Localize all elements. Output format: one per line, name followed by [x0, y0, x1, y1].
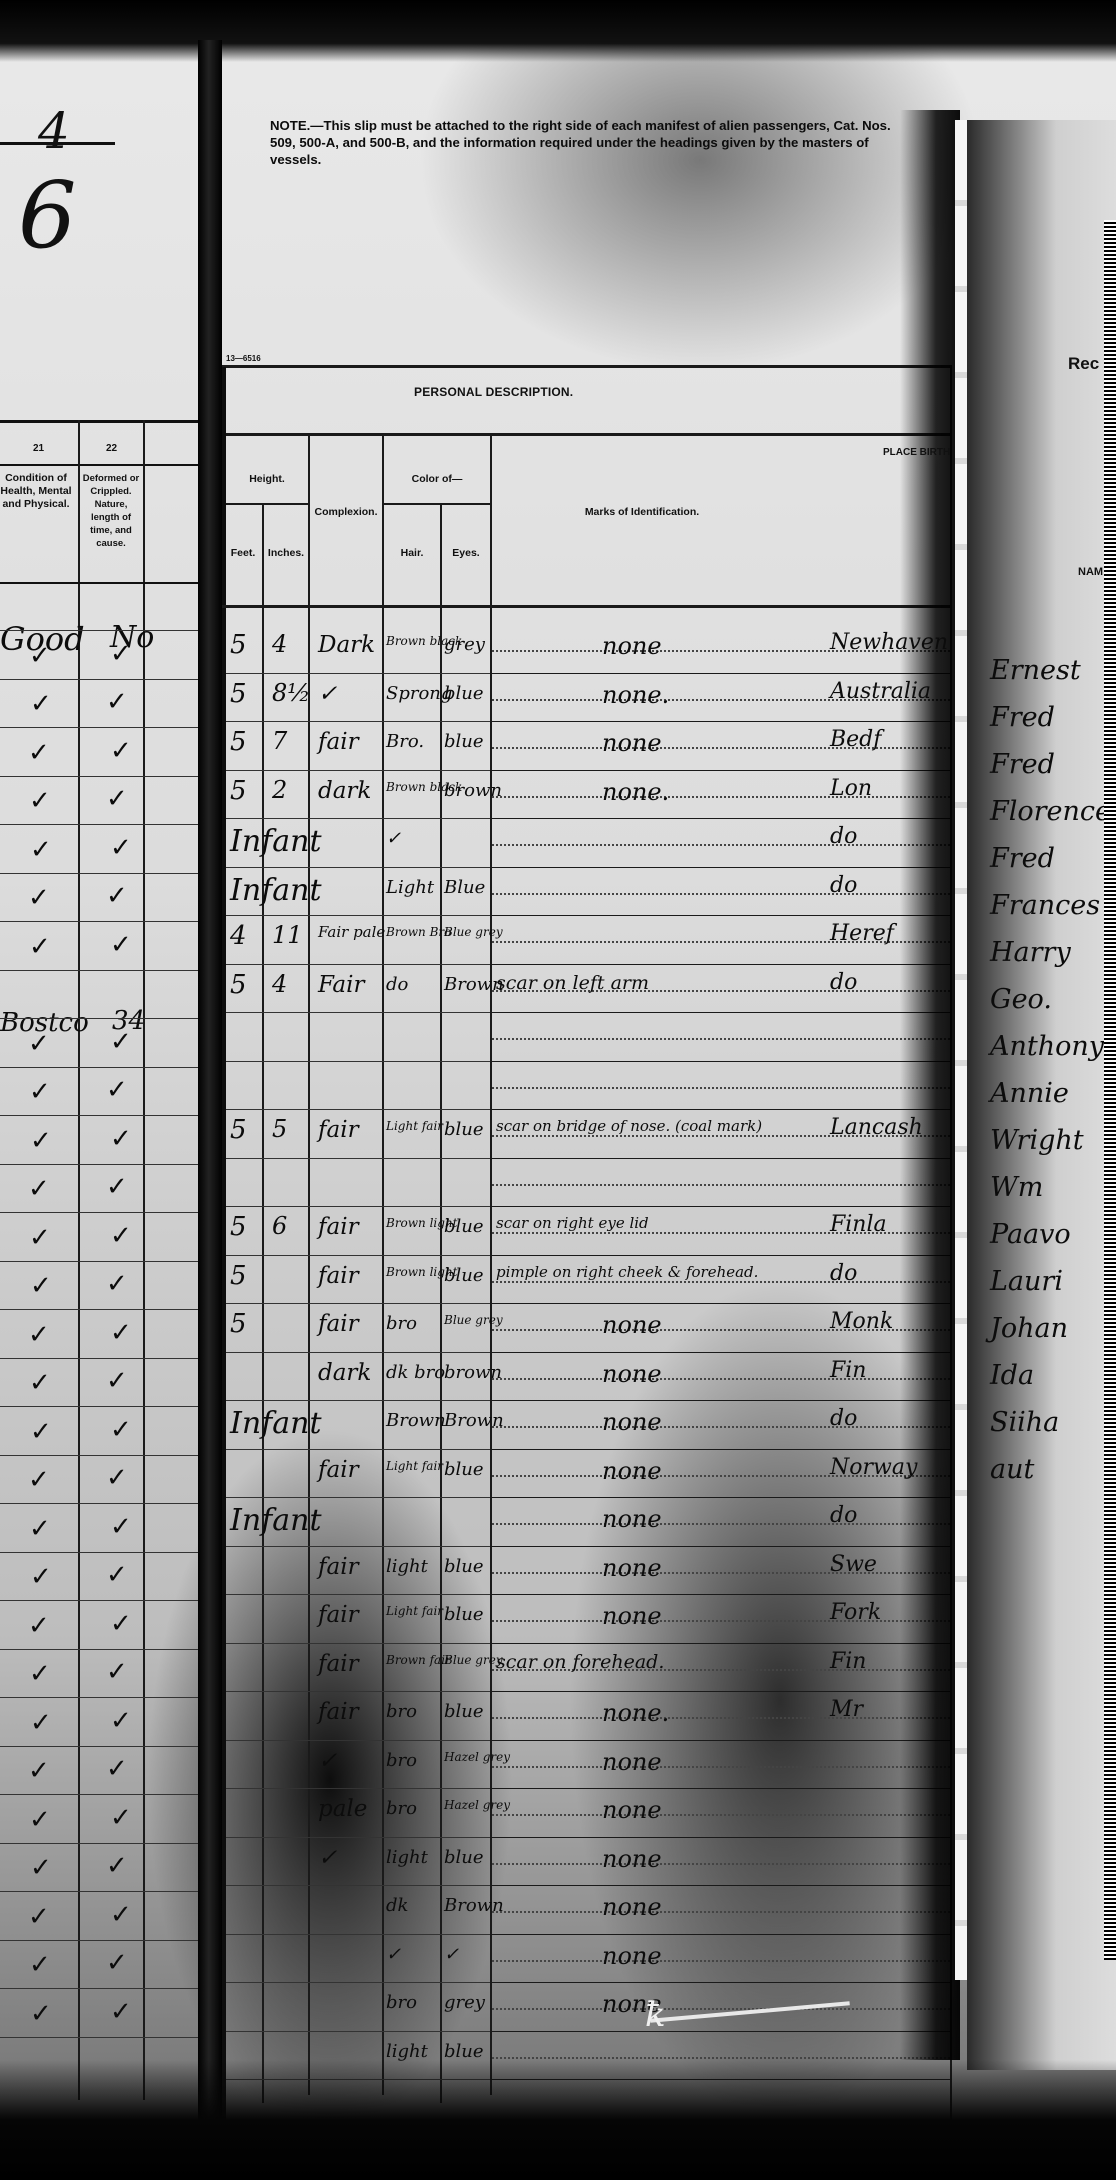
cell-given-name: Wright — [990, 1125, 1084, 1156]
cell-feet: 5 — [230, 727, 247, 757]
height-subheader-rule — [226, 503, 308, 505]
cell-eyes: Blue grey — [444, 1653, 503, 1667]
cell-marks: none. — [602, 681, 669, 709]
check-mark-icon: ✓ — [29, 1950, 51, 1980]
cell-given-name: aut — [990, 1454, 1034, 1485]
row-rule — [226, 915, 490, 916]
cell-eyes: Hazel grey — [444, 1750, 510, 1764]
check-mark-icon: ✓ — [30, 835, 52, 865]
cell-place-of-birth: Finla — [830, 1212, 887, 1237]
cell-complexion: dark — [318, 1360, 371, 1386]
row-rule — [226, 1352, 490, 1353]
row-rule — [226, 1643, 490, 1644]
cell-complexion: fair — [318, 1117, 359, 1143]
row-rule — [0, 679, 200, 680]
cell-complexion: fair — [318, 1457, 359, 1483]
cell-marks: none. — [602, 1699, 669, 1727]
cell-complexion: fair — [318, 1311, 359, 1337]
row-rule — [226, 673, 490, 674]
row-rule — [226, 1206, 490, 1207]
row-rule — [0, 1988, 200, 1989]
row-rule — [492, 1352, 950, 1353]
check-mark-icon: ✓ — [106, 1948, 128, 1978]
check-mark-icon: ✓ — [110, 1318, 132, 1348]
row-rule — [226, 721, 490, 722]
cell-hair: Light fair — [386, 1604, 443, 1618]
cell-hair: bro — [386, 1992, 417, 2013]
cell-hair: Light fair — [386, 1119, 443, 1133]
row-dotted-rule — [492, 1087, 950, 1089]
slip-note: NOTE.—This slip must be attached to the … — [270, 117, 910, 168]
row-rule — [492, 867, 950, 868]
check-mark-icon: ✓ — [28, 1465, 50, 1495]
cell-marks: none — [602, 1845, 662, 1873]
cell-eyes: blue — [444, 683, 484, 704]
row-rule — [492, 1449, 950, 1450]
check-mark-icon: ✓ — [110, 1706, 132, 1736]
cell-marks: none — [602, 632, 662, 660]
folio-fraction-line — [0, 142, 115, 145]
row-dotted-rule — [492, 1523, 950, 1525]
cell-place-of-birth: Monk — [830, 1309, 893, 1334]
row-rule — [492, 915, 950, 916]
cell-feet: 5 — [230, 1261, 247, 1291]
place-column-shadow — [900, 110, 960, 2060]
row-rule — [226, 1594, 490, 1595]
check-mark-icon: ✓ — [110, 1221, 132, 1251]
row-dotted-rule — [492, 1378, 950, 1380]
cell-given-name: Johan — [990, 1313, 1068, 1344]
cell-place-of-birth: do — [830, 1406, 857, 1431]
cell-complexion: fair — [318, 1263, 359, 1289]
row-dotted-rule — [492, 1814, 950, 1816]
row-dotted-rule — [492, 1717, 950, 1719]
check-mark-icon: ✓ — [30, 689, 52, 719]
cell-hair: ✓ — [386, 1944, 401, 1965]
cell-given-name: Paavo — [990, 1219, 1071, 1250]
cell-marks: none. — [602, 778, 669, 806]
header-rule — [0, 464, 200, 466]
cell-given-name: Fred — [990, 749, 1055, 780]
cell-marks: none — [602, 1796, 662, 1824]
check-mark-icon: ✓ — [30, 1126, 52, 1156]
cell-feet: Infant — [230, 873, 322, 908]
check-mark-icon: ✓ — [28, 738, 50, 768]
row-rule — [0, 1843, 200, 1844]
row-rule — [492, 1497, 950, 1498]
row-rule — [0, 1697, 200, 1698]
check-mark-icon: ✓ — [30, 1708, 52, 1738]
row-rule — [0, 824, 200, 825]
cell-hair: bro — [386, 1313, 417, 1334]
check-mark-icon: ✓ — [110, 930, 132, 960]
row-rule — [492, 1594, 950, 1595]
cell-feet: 5 — [230, 970, 247, 1000]
header-feet: Feet. — [224, 547, 262, 559]
row-rule — [0, 1164, 200, 1165]
check-mark-icon: ✓ — [30, 1417, 52, 1447]
row-dotted-rule — [492, 1281, 950, 1283]
check-mark-icon: ✓ — [106, 1560, 128, 1590]
row-rule — [492, 1303, 950, 1304]
row-rule — [0, 727, 200, 728]
cell-eyes: blue — [444, 1459, 484, 1480]
row-rule — [0, 1503, 200, 1504]
cell-eyes: Blue grey — [444, 1313, 503, 1327]
row-rule — [226, 1012, 490, 1013]
cell-hair: light — [386, 1847, 428, 1868]
row-rule — [0, 1406, 200, 1407]
cell-given-name: Lauri — [990, 1266, 1063, 1297]
slip-left-edge — [222, 367, 226, 2127]
row-dotted-rule — [492, 1863, 950, 1865]
cell-marks: scar on left arm — [496, 972, 649, 994]
cell-inches: 2 — [272, 776, 287, 804]
check-mark-icon: ✓ — [28, 1902, 50, 1932]
cell-hair: bro — [386, 1798, 417, 1819]
check-mark-icon: ✓ — [106, 784, 128, 814]
row-rule — [492, 1740, 950, 1741]
binding-gutter — [198, 40, 222, 2140]
check-mark-icon: ✓ — [106, 1754, 128, 1784]
check-mark-icon: ✓ — [106, 1657, 128, 1687]
cell-marks: none — [602, 1748, 662, 1776]
cell-feet: 5 — [230, 776, 247, 806]
cell-hair: light — [386, 1556, 428, 1577]
row-rule — [226, 818, 490, 819]
check-mark-icon: ✓ — [29, 1805, 51, 1835]
cell-eyes: blue — [444, 1216, 484, 1237]
cell-marks: none — [602, 1602, 662, 1630]
check-mark-icon: ✓ — [29, 1077, 51, 1107]
scan-bottom-shadow — [0, 2060, 1116, 2180]
row-rule — [492, 1012, 950, 1013]
cell-given-name: Annie — [990, 1078, 1069, 1109]
cell-place-of-birth: Newhaven — [830, 630, 948, 655]
cell-inches: 11 — [272, 921, 303, 949]
row-dotted-rule — [492, 1572, 950, 1574]
cell-eyes: grey — [444, 1992, 485, 2013]
cell-inches: 6 — [272, 1212, 287, 1240]
check-mark-icon: ✓ — [110, 1900, 132, 1930]
cell-marks: scar on bridge of nose. (coal mark) — [496, 1117, 762, 1135]
header-inches: Inches. — [264, 547, 308, 559]
column-number-22: 22 — [106, 443, 117, 454]
row-rule — [492, 1255, 950, 1256]
cell-inches: 7 — [272, 727, 287, 755]
row-dotted-rule — [492, 844, 950, 846]
row-rule — [0, 1600, 200, 1601]
row-rule — [0, 2037, 200, 2038]
cell-eyes: brown — [444, 1362, 502, 1383]
form-code: 13—6516 — [226, 354, 261, 363]
check-mark-icon: ✓ — [106, 1851, 128, 1881]
section-title-rule — [222, 433, 952, 436]
check-mark-icon: ✓ — [28, 1320, 50, 1350]
row-rule — [0, 1940, 200, 1941]
row-dotted-rule — [492, 2057, 950, 2059]
cell-place-of-birth: do — [830, 1261, 857, 1286]
row-rule — [226, 867, 490, 868]
cell-hair: Brown — [386, 1410, 446, 1431]
cell-complexion: ✓ — [318, 1845, 337, 1871]
cell-marks: pimple on right cheek & forehead. — [496, 1263, 758, 1281]
row-dotted-rule — [492, 1911, 950, 1913]
check-mark-icon: ✓ — [29, 786, 51, 816]
header-height: Height. — [232, 473, 302, 485]
cell-marks: none — [602, 1554, 662, 1582]
cell-eyes: blue — [444, 1265, 484, 1286]
row-rule — [0, 630, 200, 631]
row-rule — [0, 1018, 200, 1019]
cell-given-name: Ernest — [990, 655, 1081, 686]
row-rule — [226, 2031, 490, 2032]
check-mark-icon: ✓ — [110, 1803, 132, 1833]
check-mark-icon: ✓ — [30, 1271, 52, 1301]
check-mark-icon: ✓ — [106, 1172, 128, 1202]
cell-marks: none — [602, 1893, 662, 1921]
cell-eyes: blue — [444, 2041, 484, 2062]
row-rule — [0, 776, 200, 777]
cell-hair: do — [386, 974, 408, 995]
row-rule — [226, 1449, 490, 1450]
header-rule — [0, 420, 200, 423]
row-rule — [0, 1746, 200, 1747]
cell-inches: 4 — [272, 970, 287, 998]
cell-place-of-birth: do — [830, 970, 857, 995]
check-mark-icon: ✓ — [28, 1029, 50, 1059]
check-mark-icon: ✓ — [30, 1853, 52, 1883]
cell-place-of-birth: Lancash — [830, 1115, 923, 1140]
check-mark-icon: ✓ — [110, 639, 132, 669]
header-eyes: Eyes. — [442, 547, 490, 559]
row-rule — [492, 964, 950, 965]
check-mark-icon: ✓ — [28, 1756, 50, 1786]
cell-inches: 4 — [272, 630, 287, 658]
row-rule — [492, 1837, 950, 1838]
row-rule — [492, 1109, 950, 1110]
cell-marks: none — [602, 1408, 662, 1436]
row-rule — [226, 1546, 490, 1547]
cell-eyes: Brown — [444, 1410, 504, 1431]
row-rule — [0, 1649, 200, 1650]
cell-marks: none — [602, 1942, 662, 1970]
cell-complexion: ✓ — [318, 681, 337, 707]
cell-complexion: pale — [318, 1796, 367, 1822]
row-rule — [226, 1158, 490, 1159]
cell-complexion: Fair pale — [318, 923, 385, 941]
cell-eyes: grey — [444, 634, 485, 655]
cell-place-of-birth: Australia — [830, 679, 931, 704]
check-mark-icon: ✓ — [29, 932, 51, 962]
row-rule — [492, 770, 950, 771]
cell-hair: Sprong — [386, 683, 452, 704]
cell-given-name: Florence — [990, 796, 1111, 827]
row-dotted-rule — [492, 796, 950, 798]
column-number-21: 21 — [33, 443, 44, 454]
cell-place-of-birth: Fork — [830, 1600, 881, 1625]
folio-number-bottom: 6 — [18, 162, 77, 269]
cell-eyes: blue — [444, 1701, 484, 1722]
cell-place-of-birth: Mr — [830, 1697, 863, 1722]
cell-eyes: blue — [444, 1556, 484, 1577]
cell-eyes: blue — [444, 1119, 484, 1140]
cell-hair: dk bro — [386, 1362, 445, 1383]
row-rule — [492, 1691, 950, 1692]
row-rule — [0, 1358, 200, 1359]
cell-complexion: ✓ — [318, 1748, 337, 1774]
row-rule — [492, 1061, 950, 1062]
row-dotted-rule — [492, 1038, 950, 1040]
check-mark-icon: ✓ — [110, 1609, 132, 1639]
cell-given-name: Ida — [990, 1360, 1034, 1391]
check-mark-icon: ✓ — [110, 736, 132, 766]
section-title: PERSONAL DESCRIPTION. — [414, 385, 573, 399]
check-mark-icon: ✓ — [29, 641, 51, 671]
cell-given-name: Fred — [990, 702, 1055, 733]
cell-complexion: fair — [318, 1602, 359, 1628]
column-divider-complexion — [382, 435, 384, 2095]
cell-eyes: brown — [444, 780, 502, 801]
column-divider-eyes — [490, 435, 492, 2095]
row-rule — [226, 1691, 490, 1692]
cell-feet: 5 — [230, 1309, 247, 1339]
check-mark-icon: ✓ — [110, 833, 132, 863]
row-rule — [226, 1885, 490, 1886]
header-complexion: Complexion. — [310, 506, 382, 518]
cell-place-of-birth: Lon — [830, 776, 872, 801]
check-mark-icon: ✓ — [110, 1124, 132, 1154]
row-rule — [226, 1400, 490, 1401]
cell-complexion: Fair — [318, 972, 364, 998]
cell-complexion: fair — [318, 1554, 359, 1580]
row-rule — [492, 721, 950, 722]
cell-place-of-birth: do — [830, 824, 857, 849]
row-rule — [0, 1261, 200, 1262]
check-mark-icon: ✓ — [106, 1463, 128, 1493]
cell-given-name: Fred — [990, 843, 1055, 874]
row-rule — [0, 1455, 200, 1456]
cell-complexion: fair — [318, 729, 359, 755]
row-rule — [0, 873, 200, 874]
check-mark-icon: ✓ — [28, 1611, 50, 1641]
cell-inches: 8½ — [272, 679, 311, 707]
cell-given-name: Anthony — [990, 1031, 1104, 1062]
row-rule — [492, 1982, 950, 1983]
row-dotted-rule — [492, 1426, 950, 1428]
row-rule — [0, 1891, 200, 1892]
row-rule — [226, 1109, 490, 1110]
row-rule — [0, 1212, 200, 1213]
cell-place-of-birth: do — [830, 873, 857, 898]
signature-mark: ꝁ — [645, 1995, 666, 2035]
personal-description-slip: NOTE.—This slip must be attached to the … — [222, 45, 972, 2085]
check-mark-icon: ✓ — [29, 1223, 51, 1253]
row-dotted-rule — [492, 1620, 950, 1622]
row-rule — [492, 1206, 950, 1207]
check-mark-icon: ✓ — [29, 1514, 51, 1544]
cell-feet: Infant — [230, 824, 322, 859]
color-subheader-rule — [382, 503, 490, 505]
cell-complexion: Dark — [318, 632, 375, 658]
cell-feet: 5 — [230, 1212, 247, 1242]
cell-eyes: Brown — [444, 1895, 504, 1916]
cell-feet: 5 — [230, 1115, 247, 1145]
row-rule — [492, 1643, 950, 1644]
cell-place-of-birth: Fin — [830, 1649, 866, 1674]
row-rule — [226, 1982, 490, 1983]
row-dotted-rule — [492, 1184, 950, 1186]
row-rule — [226, 1934, 490, 1935]
row-rule — [226, 1303, 490, 1304]
row-rule — [0, 921, 200, 922]
row-rule — [0, 1115, 200, 1116]
row-rule — [0, 1794, 200, 1795]
row-rule — [492, 1158, 950, 1159]
cell-hair: Brown fair — [386, 1653, 451, 1667]
check-mark-icon: ✓ — [106, 687, 128, 717]
row-rule — [226, 1255, 490, 1256]
cell-marks: none — [602, 1311, 662, 1339]
cell-marks: none — [602, 729, 662, 757]
cell-eyes: blue — [444, 1847, 484, 1868]
cell-eyes: blue — [444, 731, 484, 752]
cell-marks: scar on forehead. — [496, 1651, 664, 1673]
cell-feet: Infant — [230, 1406, 322, 1441]
row-rule — [0, 1552, 200, 1553]
row-rule — [492, 818, 950, 819]
row-dotted-rule — [492, 1766, 950, 1768]
cell-hair: Light fair — [386, 1459, 443, 1473]
check-mark-icon: ✓ — [110, 1415, 132, 1445]
check-mark-icon: ✓ — [110, 1027, 132, 1057]
cell-complexion: dark — [318, 778, 371, 804]
row-rule — [492, 2031, 950, 2032]
cell-hair: bro — [386, 1750, 417, 1771]
cell-inches: 5 — [272, 1115, 287, 1143]
cell-feet: 4 — [230, 921, 247, 951]
check-mark-icon: ✓ — [106, 1269, 128, 1299]
check-mark-icon: ✓ — [106, 1075, 128, 1105]
check-mark-icon: ✓ — [30, 1562, 52, 1592]
cell-hair: Light — [386, 877, 434, 898]
column-header-deformed: Deformed or Crippled. Nature, length of … — [80, 472, 142, 550]
cell-eyes: Blue — [444, 877, 485, 898]
row-rule — [492, 1546, 950, 1547]
scan-right-edge-artifact — [1104, 220, 1116, 1960]
cell-hair: dk — [386, 1895, 408, 1916]
row-rule — [0, 1309, 200, 1310]
row-rule — [0, 970, 200, 971]
cell-place-of-birth: Norway — [830, 1455, 917, 1480]
cell-given-name: Harry — [990, 937, 1071, 968]
row-dotted-rule — [492, 1960, 950, 1962]
row-rule — [492, 1788, 950, 1789]
cell-place-of-birth: Swe — [830, 1552, 877, 1577]
row-rule — [492, 1885, 950, 1886]
cell-feet: 5 — [230, 630, 247, 660]
row-rule — [226, 1740, 490, 1741]
cell-hair: ✓ — [386, 828, 401, 849]
header-color-of: Color of— — [384, 473, 490, 485]
cell-place-of-birth: Heref — [830, 921, 894, 946]
cell-eyes: Brown — [444, 974, 504, 995]
cell-hair: Bro. — [386, 731, 424, 752]
cell-given-name: Wm — [990, 1172, 1043, 1203]
cell-place-of-birth: Bedf — [830, 727, 881, 752]
cell-place-of-birth: Fin — [830, 1358, 866, 1383]
check-mark-icon: ✓ — [28, 1174, 50, 1204]
